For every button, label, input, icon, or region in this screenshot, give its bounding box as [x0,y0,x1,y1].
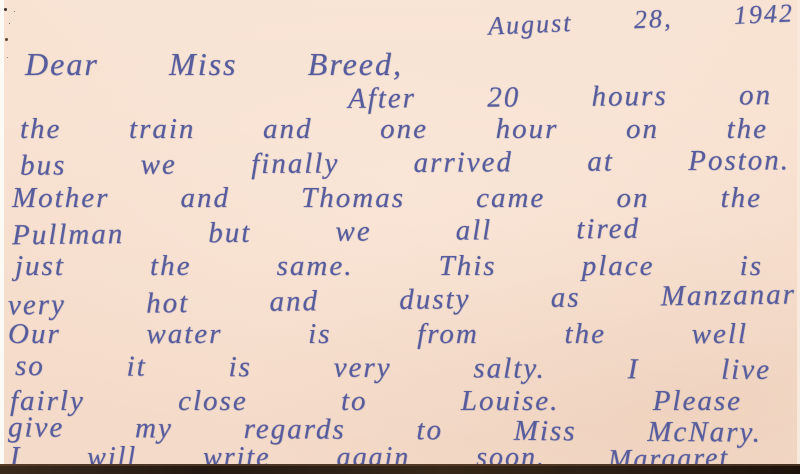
letter-line: Mother and Thomas came on the [12,183,762,213]
letter-salutation: Dear Miss Breed, [25,48,403,82]
scan-edge-bottom [0,464,800,474]
scan-debris-specks [4,8,7,11]
letter-line: just the same. This place is [15,251,763,281]
letter-line: After 20 hours on [348,80,772,114]
letter-line: Our water is from the well [8,319,748,349]
letter-line: Pullman but we all tired [12,214,640,251]
letter-line: so it is very salty. I live [15,351,771,385]
scan-edge-left [0,0,4,474]
letter-line: the train and one hour on the [20,114,768,144]
letter-line: bus we finally arrived at Poston. [20,145,790,181]
